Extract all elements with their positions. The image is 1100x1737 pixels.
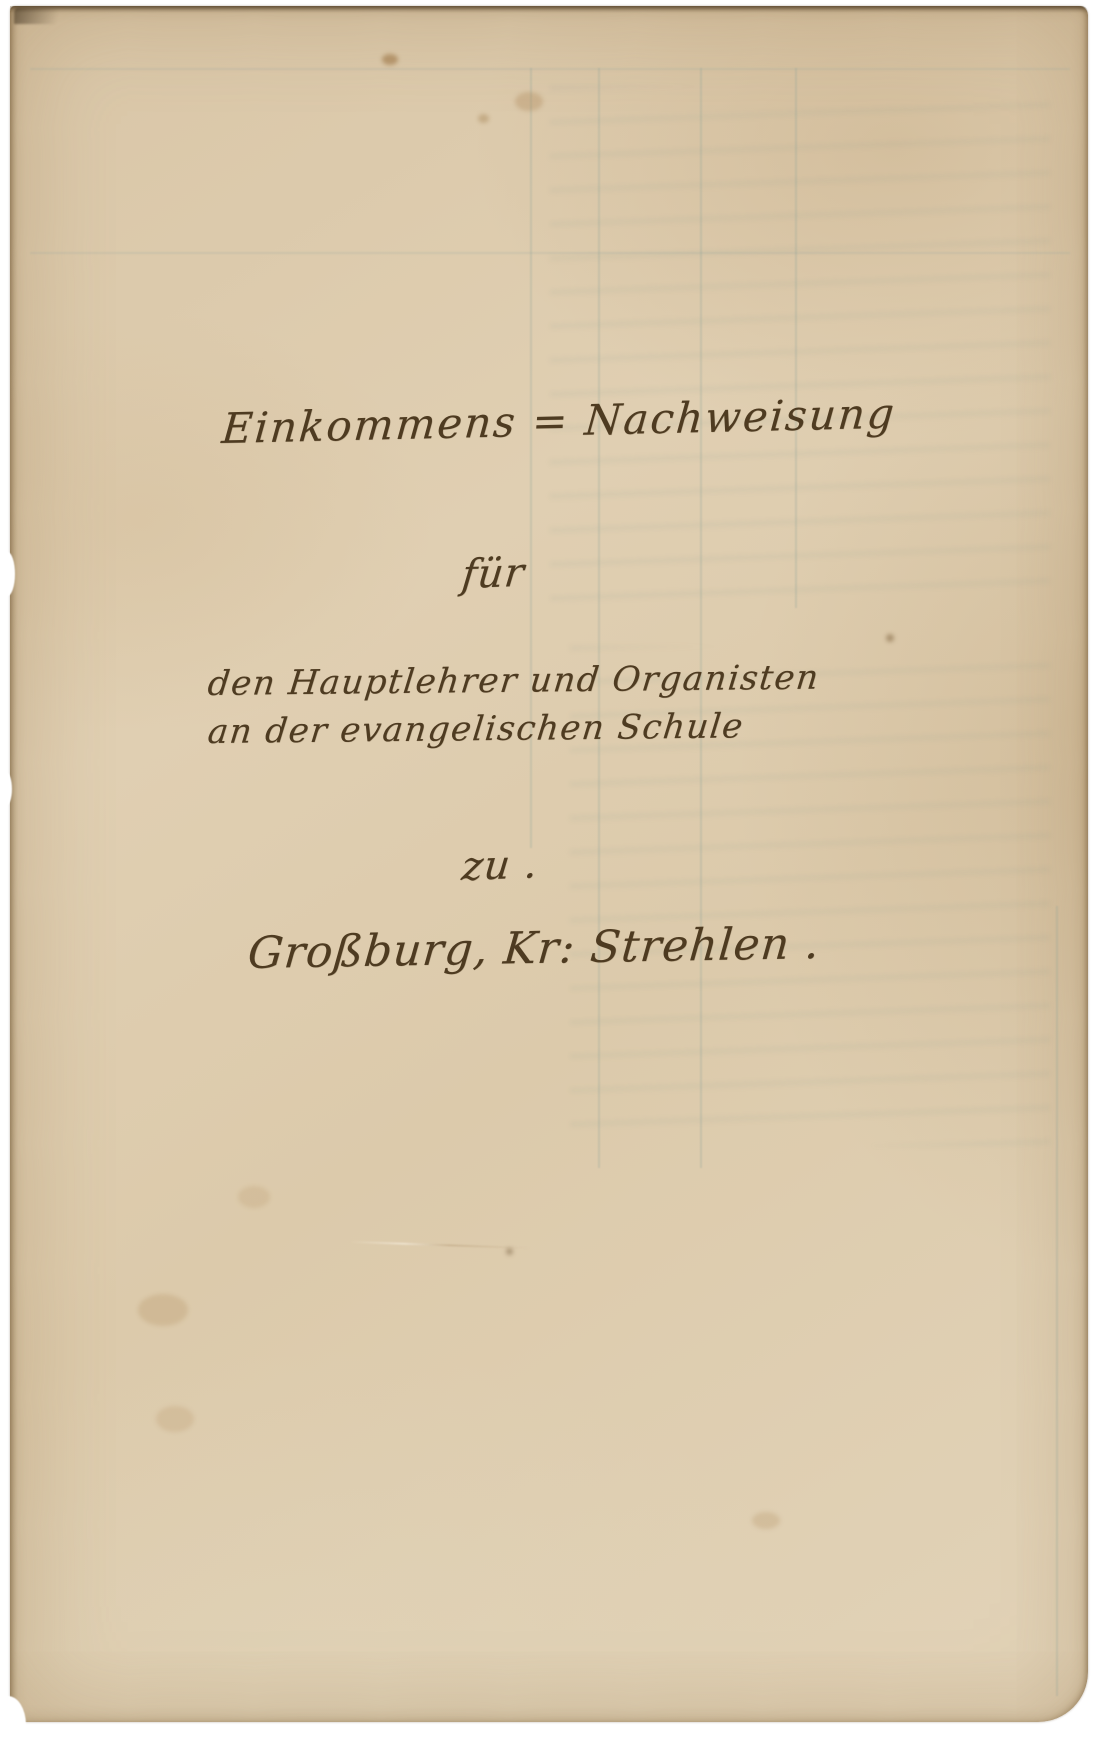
stain bbox=[238, 1186, 270, 1208]
scanned-document: Einkommens = Nachweisung für den Hauptle… bbox=[0, 0, 1100, 1737]
stain bbox=[156, 1406, 194, 1432]
ghost-bleed-text bbox=[550, 86, 1050, 606]
stain bbox=[515, 92, 543, 111]
paper-crease bbox=[350, 1241, 530, 1249]
stain bbox=[478, 114, 489, 123]
stain bbox=[886, 634, 894, 642]
torn-edge-notch bbox=[0, 772, 12, 806]
handwritten-recipient-line1: den Hauptlehrer und Organisten bbox=[206, 658, 822, 704]
torn-edge-notch bbox=[0, 552, 15, 596]
handwritten-zu: zu . bbox=[460, 841, 541, 890]
handwritten-place: Großburg, Kr: Strehlen . bbox=[246, 918, 822, 979]
bleed-line-horizontal bbox=[30, 68, 1070, 70]
corner-wear bbox=[14, 8, 68, 24]
paper-sheet: Einkommens = Nachweisung für den Hauptle… bbox=[10, 6, 1088, 1722]
handwritten-fuer: für bbox=[460, 550, 528, 598]
stain bbox=[382, 54, 398, 65]
stain bbox=[506, 1248, 513, 1255]
bleed-line-vertical bbox=[1056, 906, 1058, 1696]
stain bbox=[752, 1512, 780, 1529]
stain bbox=[138, 1294, 188, 1326]
handwritten-recipient-line2: an der evangelischen Schule bbox=[206, 706, 746, 752]
